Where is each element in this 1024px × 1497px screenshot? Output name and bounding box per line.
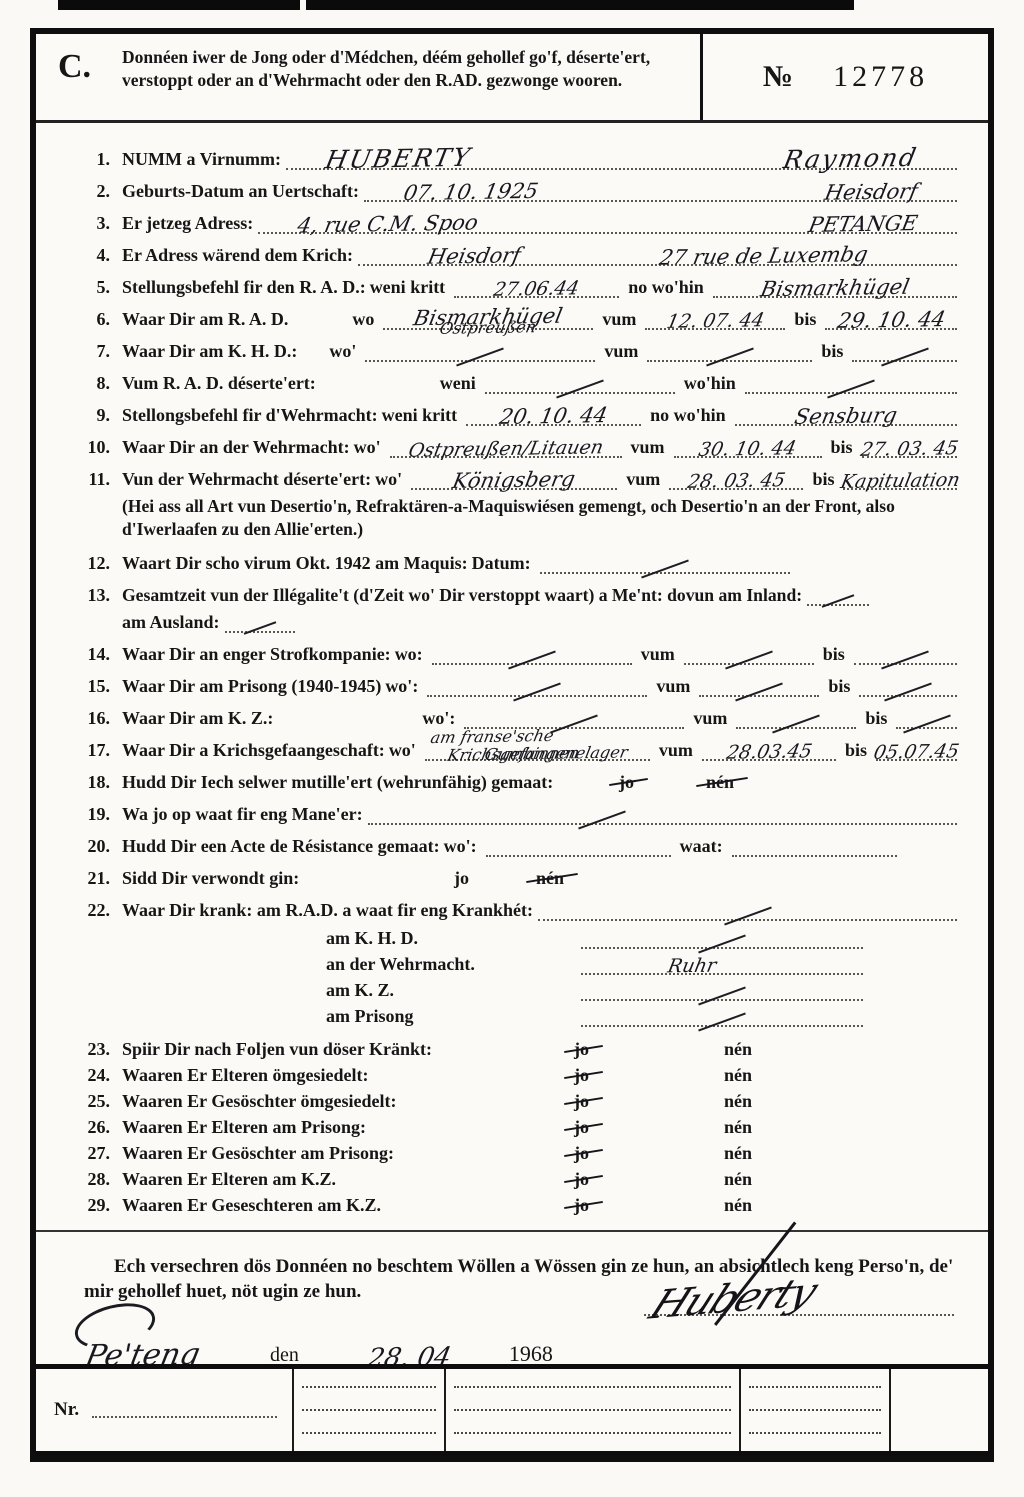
handwritten-war-town: Heisdorf xyxy=(426,245,523,268)
question-number: 29. xyxy=(74,1195,110,1216)
question-row-23: 23. Spiir Dir nach Foljen vun döser Krän… xyxy=(74,1035,962,1060)
answer-jo-struck: jo xyxy=(574,1117,589,1138)
question-label: Waar Dir an der Wehrmacht: xyxy=(122,437,350,458)
answer-line: 27. 03. 45 xyxy=(862,433,957,458)
question-11-note: (Hei ass all Art vun Desertio'n, Refrakt… xyxy=(122,495,962,541)
form-number: 12778 xyxy=(833,60,928,94)
handwritten-dash xyxy=(455,348,505,362)
question-row-16: 16. Waar Dir am K. Z.: wo': vum bis xyxy=(74,704,962,729)
sub-label: am K. H. D. xyxy=(326,928,576,949)
handwritten-dash xyxy=(734,683,784,697)
question-row-4: 4. Er Adress wärend dem Krich: Heisdorf … xyxy=(74,241,962,266)
answer-nen: nén xyxy=(724,1117,752,1138)
dotted-row xyxy=(749,1432,881,1434)
answer-line: Sensburg xyxy=(735,401,957,426)
answer-line xyxy=(647,337,812,362)
question-row-17: 17. Waar Dir a Krichsgefaangeschaft: wo'… xyxy=(74,736,962,761)
handwritten-dash xyxy=(697,1013,747,1027)
question-row-28: 28. Waaren Er Elteren am K.Z. jo nén xyxy=(74,1165,962,1190)
question-22-sub-khd: am K. H. D. xyxy=(74,924,962,949)
field-label: bis xyxy=(823,644,845,665)
question-label: Waar Dir am K. H. D.: xyxy=(122,341,297,362)
answer-line: 28.03.45 xyxy=(702,736,836,761)
question-row-18: 18. Hudd Dir Iech selwer mutille'ert (we… xyxy=(74,768,962,793)
dotted-row xyxy=(302,1432,436,1434)
field-label: wo' xyxy=(375,469,402,490)
question-number: 3. xyxy=(74,213,110,234)
question-number: 21. xyxy=(74,868,110,889)
question-label: Stellungsbefehl fir den R. A. D.: xyxy=(122,277,366,298)
answer-nen: nén xyxy=(724,1143,752,1164)
field-label: wo': xyxy=(385,676,418,697)
answer-line: Ostpreußen/Litauen xyxy=(390,433,622,458)
scan-artifact-gap xyxy=(300,0,306,12)
handwritten-dash xyxy=(512,683,562,697)
handwritten-illness: Ruhr xyxy=(666,956,718,976)
answer-line xyxy=(540,549,790,574)
question-row-15: 15. Waar Dir am Prisong (1940-1945) wo':… xyxy=(74,672,962,697)
question-label: Waaren Er Geseschteren am K.Z. xyxy=(122,1195,381,1216)
handwritten-date-to: 05.07.45 xyxy=(872,742,961,762)
answer-line xyxy=(225,608,295,633)
handwritten-place: Sensburg xyxy=(793,405,899,428)
question-row-12: 12. Waart Dir scho virum Okt. 1942 am Ma… xyxy=(74,549,962,574)
field-label: vum xyxy=(631,437,665,458)
answer-line xyxy=(807,581,869,606)
answer-line: 07. 10. 1925 Heisdorf xyxy=(364,177,957,202)
answer-line xyxy=(896,704,957,729)
section-letter: C. xyxy=(36,34,118,120)
answer-line: Heisdorf 27 rue de Luxembg xyxy=(358,241,957,266)
handwritten-date-to: 27. 03. 45 xyxy=(859,439,960,460)
handwritten-dash xyxy=(507,651,557,665)
answer-jo-struck: jo xyxy=(574,1143,589,1164)
answer-line xyxy=(745,369,957,394)
answer-line xyxy=(432,640,632,665)
field-label: bis xyxy=(828,676,850,697)
answer-line: 29. 10. 44 xyxy=(825,305,957,330)
form-header: C. Donnéen iwer de Jong oder d'Médchen, … xyxy=(36,34,988,123)
answer-jo-struck: jo xyxy=(574,1039,589,1060)
answer-line xyxy=(538,896,957,921)
dotted-row xyxy=(749,1409,881,1411)
table-column-4 xyxy=(739,1369,889,1451)
handwritten-dash xyxy=(883,683,933,697)
table-column-3 xyxy=(444,1369,739,1451)
handwritten-date: 20. 10. 44 xyxy=(498,405,609,428)
answer-jo-struck: jo xyxy=(619,772,634,793)
scanned-form-page: C. Donnéen iwer de Jong oder d'Médchen, … xyxy=(0,0,1024,1497)
handwritten-camp-line3: Gumbinnen xyxy=(483,745,580,763)
field-label: weni kritt xyxy=(382,405,458,426)
question-label: Er Adress wärend dem Krich: xyxy=(122,245,353,266)
question-row-13: 13. Gesamtzeit vun der Illégalite't (d'Z… xyxy=(74,581,962,633)
questions-section: 1. NUMM a Virnumm: HUBERTY Raymond 2. Ge… xyxy=(36,123,988,1216)
handwritten-dash xyxy=(577,811,627,825)
sub-label: am Prisong xyxy=(326,1006,576,1027)
answer-line xyxy=(732,832,897,857)
handwritten-date-from: 12. 07. 44 xyxy=(665,311,766,332)
question-number: 2. xyxy=(74,181,110,202)
question-label: Geburts-Datum an Uertschaft: xyxy=(122,181,359,202)
answer-line xyxy=(427,672,647,697)
handwritten-birthplace: Heisdorf xyxy=(823,181,920,204)
question-row-14: 14. Waar Dir an enger Strofkompanie: wo:… xyxy=(74,640,962,665)
answer-line: Bismarkhügel Ostpreußen xyxy=(383,305,593,330)
dotted-row xyxy=(302,1409,436,1411)
answer-line: Bismarkhügel xyxy=(713,273,957,298)
answer-nen-struck: nén xyxy=(706,772,734,793)
field-label: wo' xyxy=(329,341,356,362)
question-22-sub-prisong: am Prisong xyxy=(74,1002,962,1027)
handwritten-dash xyxy=(880,651,930,665)
handwritten-dash xyxy=(771,715,821,729)
answer-line xyxy=(581,924,863,949)
question-row-5: 5. Stellungsbefehl fir den R. A. D.: wen… xyxy=(74,273,962,298)
question-label: Gesamtzeit vun der Illégalite't (d'Zeit … xyxy=(122,585,802,606)
dotted-row xyxy=(454,1386,731,1388)
answer-nen-struck: nén xyxy=(536,868,564,889)
dotted-row xyxy=(749,1386,881,1388)
question-row-8: 8. Vum R. A. D. déserte'ert: weni wo'hin xyxy=(74,369,962,394)
table-column-2 xyxy=(292,1369,444,1451)
answer-line xyxy=(852,337,957,362)
section-divider xyxy=(36,1230,988,1232)
question-number: 16. xyxy=(74,708,110,729)
answer-nen: nén xyxy=(724,1195,752,1216)
numero-sign: № xyxy=(763,60,793,94)
answer-nen: nén xyxy=(724,1065,752,1086)
date-line: 28. 04 xyxy=(319,1339,499,1367)
year-text: 1968 xyxy=(509,1341,553,1367)
question-label: Waar Dir a Krichsgefaangeschaft: xyxy=(122,740,385,761)
form-number-box: № 12778 xyxy=(700,34,988,120)
question-number: 19. xyxy=(74,804,110,825)
handwritten-war-street: 27 rue de Luxembg xyxy=(657,244,869,269)
answer-line: 28. 03. 45 xyxy=(669,465,803,490)
answer-jo: jo xyxy=(454,868,469,889)
answer-line xyxy=(485,369,675,394)
question-number: 6. xyxy=(74,309,110,330)
question-number: 25. xyxy=(74,1091,110,1112)
answer-line xyxy=(736,704,856,729)
question-label: Wa jo op waat fir eng Mane'er: xyxy=(122,804,363,825)
question-label: Waar Dir am Prisong (1940-1945) xyxy=(122,676,381,697)
answer-line: HUBERTY Raymond xyxy=(286,145,957,170)
answer-line: Kapitulation xyxy=(843,465,957,490)
question-row-19: 19. Wa jo op waat fir eng Mane'er: xyxy=(74,800,962,825)
answer-line xyxy=(464,704,684,729)
question-row-2: 2. Geburts-Datum an Uertschaft: 07. 10. … xyxy=(74,177,962,202)
field-label: vum xyxy=(602,309,636,330)
field-label: Datum: xyxy=(472,553,531,574)
question-row-6: 6. Waar Dir am R. A. D. wo Bismarkhügel … xyxy=(74,305,962,330)
handwritten-dash xyxy=(640,560,690,574)
question-label: Waaren Er Elteren ömgesiedelt: xyxy=(122,1065,368,1086)
answer-line: am franse'sche Krichsgefangenelager Gumb… xyxy=(425,736,650,761)
field-label: bis xyxy=(865,708,887,729)
question-label: Hudd Dir Iech selwer mutille'ert (wehrun… xyxy=(122,772,553,793)
answer-line: 30. 10. 44 xyxy=(674,433,822,458)
handwritten-surname: HUBERTY xyxy=(323,145,473,173)
field-label: weni kritt xyxy=(370,277,446,298)
question-row-11: 11. Vun der Wehrmacht déserte'ert: wo' K… xyxy=(74,465,962,490)
handwritten-date: 27.06.44 xyxy=(492,279,581,299)
question-label: Hudd Dir een Acte de Résistance gemaat: xyxy=(122,836,440,857)
dotted-row xyxy=(454,1409,731,1411)
answer-line xyxy=(581,976,863,1001)
question-number: 22. xyxy=(74,900,110,921)
nr-cell: Nr. xyxy=(36,1369,292,1451)
answer-line: 4, rue C.M. Spoo PETANGE xyxy=(258,209,957,234)
handwritten-place-line2: Ostpreußen xyxy=(439,319,538,337)
form-frame: C. Donnéen iwer de Jong oder d'Médchen, … xyxy=(30,28,994,1462)
answer-line: 27.06.44 xyxy=(454,273,619,298)
question-number: 9. xyxy=(74,405,110,426)
handwritten-firstname: Raymond xyxy=(781,145,920,172)
handwritten-street: 4, rue C.M. Spoo xyxy=(296,212,480,236)
question-number: 11. xyxy=(74,469,110,490)
question-row-10: 10. Waar Dir an der Wehrmacht: wo' Ostpr… xyxy=(74,433,962,458)
question-label: Waar Dir am K. Z.: xyxy=(122,708,273,729)
bottom-admin-table: Nr. xyxy=(36,1364,988,1456)
question-row-9: 9. Stellongsbefehl fir d'Wehrmacht: weni… xyxy=(74,401,962,426)
answer-jo-struck: jo xyxy=(574,1091,589,1112)
place-line: Pe'teng xyxy=(86,1339,256,1367)
question-label: Stellongsbefehl fir d'Wehrmacht: xyxy=(122,405,378,426)
handwritten-dash xyxy=(724,651,774,665)
handwritten-place: Ostpreußen/Litauen xyxy=(407,438,605,460)
handwritten-place: Königsberg xyxy=(451,469,577,492)
answer-jo-struck: jo xyxy=(574,1065,589,1086)
question-22-sub-wehrmacht: an der Wehrmacht. Ruhr xyxy=(74,950,962,975)
handwritten-date-from: 28. 03. 45 xyxy=(686,471,787,492)
question-label: Waar Dir am R. A. D. xyxy=(122,309,288,330)
field-label: wo' xyxy=(389,740,416,761)
field-label: no wo'hin xyxy=(650,405,726,426)
field-label: am Ausland: xyxy=(122,612,220,633)
field-label: wo' xyxy=(354,437,381,458)
handwritten-dash xyxy=(697,987,747,1001)
question-number: 13. xyxy=(74,585,110,606)
handwritten-dash xyxy=(821,592,855,606)
handwritten-dash xyxy=(705,348,755,362)
question-label: Vun der Wehrmacht déserte'ert: xyxy=(122,469,371,490)
field-label: bis xyxy=(845,740,867,761)
question-row-22: 22. Waar Dir krank: am R.A.D. a waat fir… xyxy=(74,896,962,921)
answer-line xyxy=(854,640,957,665)
question-label: Sidd Dir verwondt gin: xyxy=(122,868,299,889)
answer-nen: nén xyxy=(724,1169,752,1190)
question-number: 23. xyxy=(74,1039,110,1060)
field-label: wo'hin xyxy=(684,373,736,394)
question-row-1: 1. NUMM a Virnumm: HUBERTY Raymond xyxy=(74,145,962,170)
field-label: vum xyxy=(604,341,638,362)
field-label: bis xyxy=(821,341,843,362)
question-label: Waaren Er Gesöschter ömgesiedelt: xyxy=(122,1091,396,1112)
question-label: Waaren Er Elteren am Prisong: xyxy=(122,1117,366,1138)
handwritten-date-to: Kapitulation xyxy=(839,471,962,492)
nr-label: Nr. xyxy=(54,1399,79,1421)
handwritten-dash xyxy=(555,380,605,394)
question-label: Waaren Er Elteren am K.Z. xyxy=(122,1169,336,1190)
signature-block: Huberty xyxy=(644,1276,954,1316)
answer-nen: nén xyxy=(724,1091,752,1112)
answer-line xyxy=(684,640,814,665)
question-number: 12. xyxy=(74,553,110,574)
question-label: Spiir Dir nach Foljen vun döser Kränkt: xyxy=(122,1039,432,1060)
question-label: Er jetzeg Adress: xyxy=(122,213,253,234)
question-row-21: 21. Sidd Dir verwondt gin: jo nén xyxy=(74,864,962,889)
question-13-line1: 13. Gesamtzeit vun der Illégalite't (d'Z… xyxy=(74,581,962,606)
field-label: vum xyxy=(641,644,675,665)
question-number: 20. xyxy=(74,836,110,857)
field-label: vum xyxy=(659,740,693,761)
field-label: wo xyxy=(352,309,374,330)
handwritten-dash xyxy=(243,619,277,633)
question-number: 10. xyxy=(74,437,110,458)
answer-line: 20. 10. 44 xyxy=(466,401,641,426)
handwritten-dash xyxy=(697,935,747,949)
question-number: 27. xyxy=(74,1143,110,1164)
handwritten-dash xyxy=(880,348,930,362)
field-label: bis xyxy=(812,469,834,490)
field-label: vum xyxy=(626,469,660,490)
field-label: vum xyxy=(693,708,727,729)
sub-label: an der Wehrmacht. xyxy=(326,954,576,975)
handwritten-date-from: 30. 10. 44 xyxy=(697,439,798,460)
question-number: 7. xyxy=(74,341,110,362)
handwritten-camp-line1: am franse'sche xyxy=(429,727,555,745)
scan-artifact-strip xyxy=(58,0,854,10)
question-row-20: 20. Hudd Dir een Acte de Résistance gema… xyxy=(74,832,962,857)
sub-label: am K. Z. xyxy=(326,980,576,1001)
answer-jo-struck: jo xyxy=(574,1169,589,1190)
question-label: Waar Dir an enger Strofkompanie: xyxy=(122,644,391,665)
field-label: no wo'hin xyxy=(628,277,704,298)
answer-line: 12. 07. 44 xyxy=(645,305,785,330)
place-date-line: Pe'teng den 28. 04 1968 xyxy=(86,1339,988,1367)
question-22-sub-kz: am K. Z. xyxy=(74,976,962,1001)
question-row-3: 3. Er jetzeg Adress: 4, rue C.M. Spoo PE… xyxy=(74,209,962,234)
question-number: 5. xyxy=(74,277,110,298)
field-label: bis xyxy=(831,437,853,458)
handwritten-date-from: 28.03.45 xyxy=(725,742,814,762)
field-label: weni xyxy=(440,373,476,394)
question-number: 15. xyxy=(74,676,110,697)
question-row-29: 29. Waaren Er Geseschteren am K.Z. jo né… xyxy=(74,1191,962,1216)
answer-line xyxy=(699,672,819,697)
question-row-26: 26. Waaren Er Elteren am Prisong: jo nén xyxy=(74,1113,962,1138)
answer-jo-struck: jo xyxy=(574,1195,589,1216)
question-label: Waart Dir scho virum Okt. 1942 am Maquis… xyxy=(122,553,468,574)
answer-line xyxy=(859,672,957,697)
answer-line xyxy=(365,337,595,362)
answer-line xyxy=(486,832,671,857)
question-number: 1. xyxy=(74,149,110,170)
handwritten-town: PETANGE xyxy=(807,213,919,236)
handwritten-dash xyxy=(826,380,876,394)
answer-line: 05.07.45 xyxy=(876,736,957,761)
handwritten-dash xyxy=(902,715,952,729)
field-label: bis xyxy=(794,309,816,330)
handwritten-place: Bismarkhügel xyxy=(759,277,911,301)
form-title: Donnéen iwer de Jong oder d'Médchen, déé… xyxy=(118,34,700,120)
question-number: 4. xyxy=(74,245,110,266)
handwritten-dash xyxy=(723,907,773,921)
answer-line: Ruhr xyxy=(581,950,863,975)
nr-line xyxy=(92,1402,277,1418)
answer-line xyxy=(368,800,957,825)
question-number: 18. xyxy=(74,772,110,793)
field-label: vum xyxy=(656,676,690,697)
question-label: Vum R. A. D. déserte'ert: xyxy=(122,373,316,394)
dotted-row xyxy=(302,1386,436,1388)
answer-line: Königsberg xyxy=(411,465,617,490)
question-label: Waaren Er Gesöschter am Prisong: xyxy=(122,1143,394,1164)
question-row-27: 27. Waaren Er Gesöschter am Prisong: jo … xyxy=(74,1139,962,1164)
field-label: wo': xyxy=(422,708,455,729)
question-number: 24. xyxy=(74,1065,110,1086)
field-label: wo': xyxy=(444,836,477,857)
handwritten-dash xyxy=(549,715,599,729)
question-number: 14. xyxy=(74,644,110,665)
dotted-row xyxy=(454,1432,731,1434)
question-row-25: 25. Waaren Er Gesöschter ömgesiedelt: jo… xyxy=(74,1087,962,1112)
table-column-5 xyxy=(889,1369,988,1451)
question-13-line2: am Ausland: xyxy=(74,608,962,633)
question-row-7: 7. Waar Dir am K. H. D.: wo' vum bis xyxy=(74,337,962,362)
question-label: Waar Dir krank: am R.A.D. a waat fir eng… xyxy=(122,900,533,921)
question-number: 28. xyxy=(74,1169,110,1190)
answer-line xyxy=(581,1002,863,1027)
answer-nen: nén xyxy=(724,1039,752,1060)
field-label: wo: xyxy=(395,644,423,665)
handwritten-date-to: 29. 10. 44 xyxy=(836,309,947,332)
question-row-24: 24. Waaren Er Elteren ömgesiedelt: jo né… xyxy=(74,1061,962,1086)
question-number: 17. xyxy=(74,740,110,761)
question-number: 8. xyxy=(74,373,110,394)
question-number: 26. xyxy=(74,1117,110,1138)
handwritten-birthdate: 07. 10. 1925 xyxy=(402,181,540,204)
field-label: waat: xyxy=(680,836,723,857)
question-label: NUMM a Virnumm: xyxy=(122,149,281,170)
